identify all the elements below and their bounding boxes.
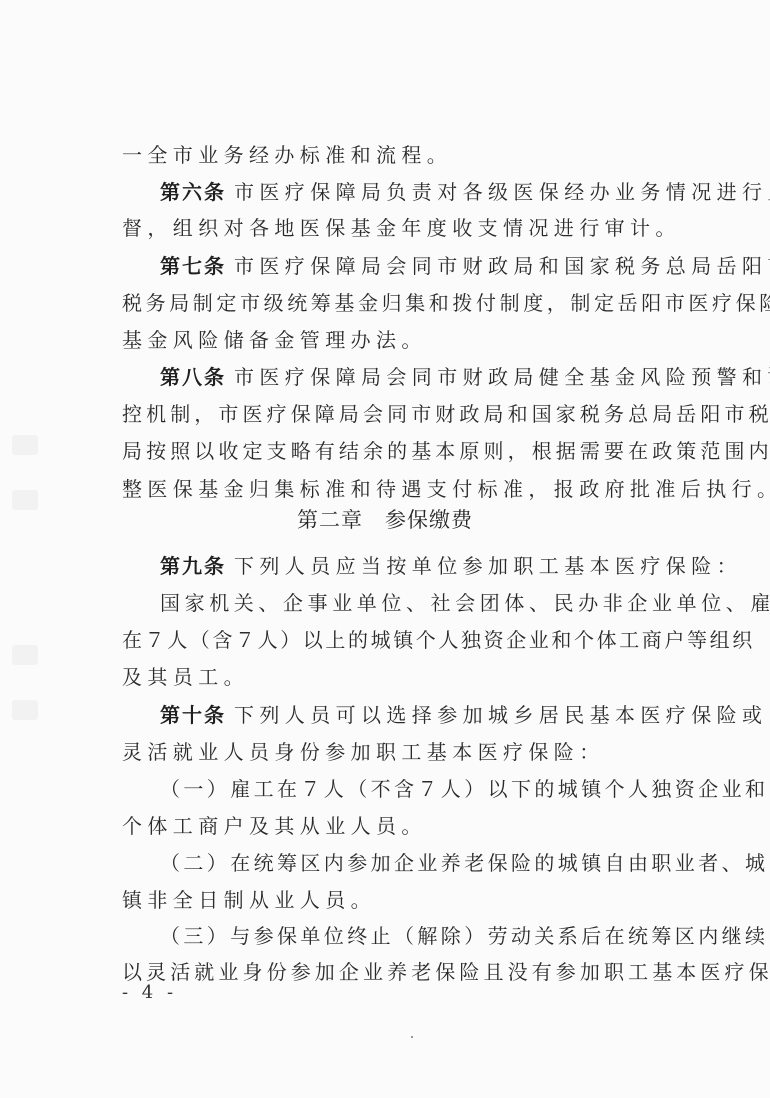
text-line: 局按照以收定支略有结余的基本原则，根据需要在政策范围内调 [122,437,662,465]
scan-smudge [12,700,38,720]
line-text: （一）雇工在７人（不含７人）以下的城镇个人独资企业和 [160,777,768,801]
line-text: （三）与参保单位终止（解除）劳动关系后在统筹区内继续 [160,924,768,948]
text-line: 一全市业务经办标准和流程。 [122,141,662,169]
line-text: 个体工商户及其从业人员。 [122,814,427,838]
line-text: 下列人员应当按单位参加职工基本医疗保险： [234,554,742,578]
line-text: 督，组织对各地医保基金年度收支情况进行审计。 [122,216,681,240]
list-item-3: （三）与参保单位终止（解除）劳动关系后在统筹区内继续 [160,922,662,950]
line-text: 国家机关、企事业单位、社会团体、民办非企业单位、雇工 [160,591,770,615]
line-text: 以灵活就业身份参加企业养老保险且没有参加职工基本医疗保 [122,960,770,984]
text-line: 税务局制定市级统筹基金归集和拨付制度，制定岳阳市医疗保险 [122,289,662,317]
line-text: 镇非全日制从业人员。 [122,888,376,912]
article-label: 第九条 [160,554,226,578]
article-label: 第八条 [160,365,226,389]
scan-smudge [12,435,38,455]
list-item-1: （一）雇工在７人（不含７人）以下的城镇个人独资企业和 [160,775,662,803]
line-text: 下列人员可以选择参加城乡居民基本医疗保险或以 [234,703,770,727]
text-line: 控机制，市医疗保障局会同市财政局和国家税务总局岳阳市税务 [122,400,662,428]
document-page: 一全市业务经办标准和流程。 第六条市医疗保障局负责对各级医保经办业务情况进行监 … [0,0,770,1098]
line-text: 局按照以收定支略有结余的基本原则，根据需要在政策范围内调 [122,439,770,463]
line-text: 控机制，市医疗保障局会同市财政局和国家税务总局岳阳市税务 [122,402,770,426]
line-text: 基金风险储备金管理办法。 [122,328,427,352]
text-line: 镇非全日制从业人员。 [122,886,662,914]
article-label: 第十条 [160,703,226,727]
line-text: 灵活就业人员身份参加职工基本医疗保险： [122,740,605,764]
text-line: 基金风险储备金管理办法。 [122,326,662,354]
article-label: 第七条 [160,254,226,278]
chapter-number: 第二章 [297,508,363,532]
scan-speck [411,1036,413,1038]
text-line: 在７人（含７人）以上的城镇个人独资企业和个体工商户等组织 [122,626,662,654]
text-line: 以灵活就业身份参加企业养老保险且没有参加职工基本医疗保 [122,958,662,986]
line-text: 税务局制定市级统筹基金归集和拨付制度，制定岳阳市医疗保险 [122,291,770,315]
text-line: 个体工商户及其从业人员。 [122,812,662,840]
article-7-line: 第七条市医疗保障局会同市财政局和国家税务总局岳阳市 [160,252,662,280]
article-9-line: 第九条下列人员应当按单位参加职工基本医疗保险： [160,552,662,580]
chapter-title: 参保缴费 [385,508,473,532]
text-line: 国家机关、企事业单位、社会团体、民办非企业单位、雇工 [160,589,662,617]
chapter-heading: 第二章参保缴费 [0,506,770,534]
line-text: 及其员工。 [122,665,249,689]
line-text: （二）在统筹区内参加企业养老保险的城镇自由职业者、城 [160,851,768,875]
text-line: 整医保基金归集标准和待遇支付标准，报政府批准后执行。 [122,475,662,503]
scan-smudge [12,645,38,665]
line-text: 市医疗保障局负责对各级医保经办业务情况进行监 [234,180,770,204]
text-line: 及其员工。 [122,663,662,691]
page-number: - 4 - [122,980,177,1006]
line-text: 整医保基金归集标准和待遇支付标准，报政府批准后执行。 [122,477,770,501]
text-line: 督，组织对各地医保基金年度收支情况进行审计。 [122,214,662,242]
line-text: 市医疗保障局会同市财政局和国家税务总局岳阳市 [234,254,770,278]
line-text: 一全市业务经办标准和流程。 [122,143,452,167]
article-6-line: 第六条市医疗保障局负责对各级医保经办业务情况进行监 [160,178,662,206]
list-item-2: （二）在统筹区内参加企业养老保险的城镇自由职业者、城 [160,849,662,877]
line-text: 在７人（含７人）以上的城镇个人独资企业和个体工商户等组织 [122,628,755,652]
line-text: 市医疗保障局会同市财政局健全基金风险预警和调 [234,365,770,389]
text-line: 灵活就业人员身份参加职工基本医疗保险： [122,738,662,766]
article-label: 第六条 [160,180,226,204]
article-8-line: 第八条市医疗保障局会同市财政局健全基金风险预警和调 [160,363,662,391]
article-10-line: 第十条下列人员可以选择参加城乡居民基本医疗保险或以 [160,701,662,729]
